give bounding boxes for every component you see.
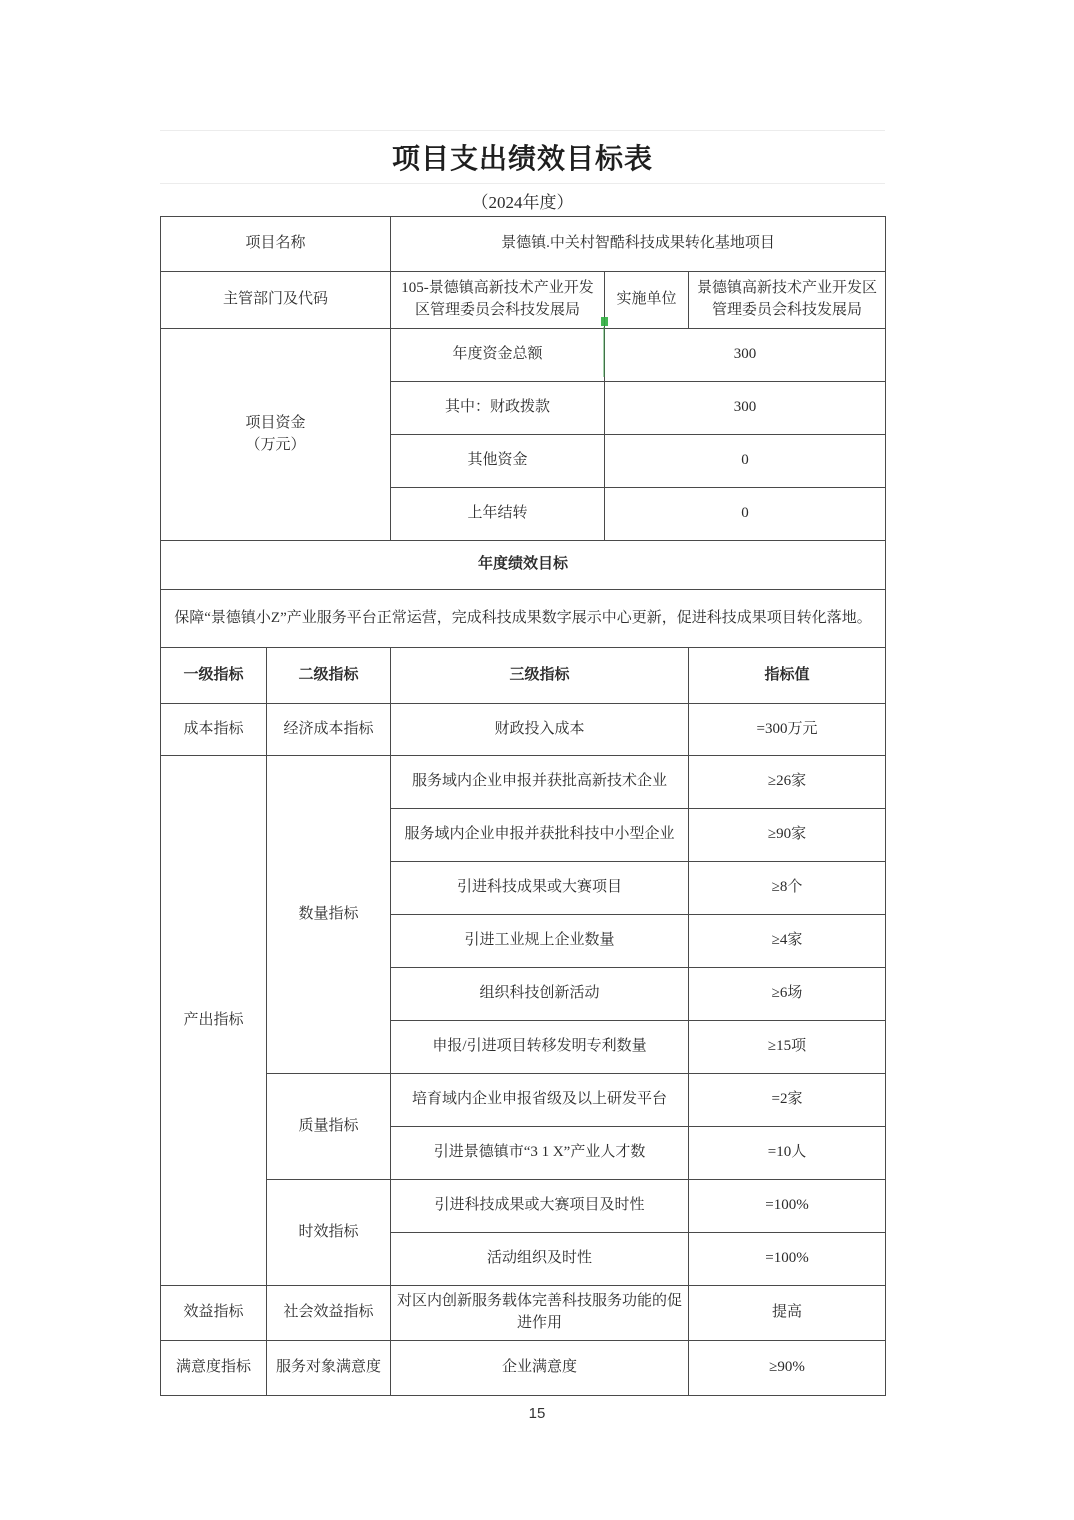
annual-goal-header: 年度绩效目标: [161, 541, 886, 590]
satisfaction-l2: 服务对象满意度: [267, 1341, 391, 1396]
funds-label: 项目资金 （万元）: [161, 329, 391, 541]
indicator-row-satisfaction: 满意度指标 服务对象满意度 企业满意度 ≥90%: [161, 1341, 886, 1396]
subtitle-block: （2024年度）: [160, 184, 885, 216]
indicator-row-cost: 成本指标 经济成本指标 财政投入成本 =300万元: [161, 704, 886, 756]
indicator-l3: 服务域内企业申报并获批高新技术企业: [391, 756, 689, 809]
indicator-row: 产出指标 数量指标 服务域内企业申报并获批高新技术企业 ≥26家: [161, 756, 886, 809]
funds-label-line1: 项目资金: [165, 413, 386, 435]
indicator-l3: 组织科技创新活动: [391, 968, 689, 1021]
indicator-l3: 培育域内企业申报省级及以上研发平台: [391, 1074, 689, 1127]
timeliness-l2: 时效指标: [267, 1180, 391, 1286]
indicator-value: ≥6场: [689, 968, 886, 1021]
dept-row: 主管部门及代码 105-景德镇高新技术产业开发区管理委员会科技发展局 实施单位 …: [161, 272, 886, 329]
indicator-value: ≥26家: [689, 756, 886, 809]
performance-target-table: 项目名称 景德镇.中关村智酷科技成果转化基地项目 主管部门及代码 105-景德镇…: [160, 216, 886, 1396]
document-page: 项目支出绩效目标表 （2024年度） 项目名称 景德镇.中关村智酷科技成果转化基…: [160, 130, 885, 1396]
benefit-l2: 社会效益指标: [267, 1286, 391, 1341]
quality-l2: 质量指标: [267, 1074, 391, 1180]
indicator-value: ≥90家: [689, 809, 886, 862]
fund-name: 其他资金: [391, 435, 605, 488]
project-name-value: 景德镇.中关村智酷科技成果转化基地项目: [391, 217, 886, 272]
indicator-l3: 引进工业规上企业数量: [391, 915, 689, 968]
cost-l1: 成本指标: [161, 704, 267, 756]
indicator-l3: 引进景德镇市“3 1 X”产业人才数: [391, 1127, 689, 1180]
indicator-l3: 服务域内企业申报并获批科技中小型企业: [391, 809, 689, 862]
indicator-header-l1: 一级指标: [161, 648, 267, 704]
cost-l2: 经济成本指标: [267, 704, 391, 756]
fund-value: 300: [605, 382, 886, 435]
benefit-value: 提高: [689, 1286, 886, 1341]
benefit-l1: 效益指标: [161, 1286, 267, 1341]
quantity-l2: 数量指标: [267, 756, 391, 1074]
indicator-row: 质量指标 培育域内企业申报省级及以上研发平台 =2家: [161, 1074, 886, 1127]
scan-artifact-speck: [601, 317, 608, 326]
fund-value: 0: [605, 435, 886, 488]
dept-code-label: 主管部门及代码: [161, 272, 391, 329]
fund-name: 上年结转: [391, 488, 605, 541]
fund-name: 年度资金总额: [391, 329, 605, 382]
impl-unit-label: 实施单位: [605, 272, 689, 329]
project-name-label: 项目名称: [161, 217, 391, 272]
indicator-header-l3: 三级指标: [391, 648, 689, 704]
page-subtitle: （2024年度）: [472, 188, 574, 213]
indicator-value: ≥8个: [689, 862, 886, 915]
project-name-row: 项目名称 景德镇.中关村智酷科技成果转化基地项目: [161, 217, 886, 272]
cost-l3: 财政投入成本: [391, 704, 689, 756]
output-l1: 产出指标: [161, 756, 267, 1286]
indicator-row: 时效指标 引进科技成果或大赛项目及时性 =100%: [161, 1180, 886, 1233]
impl-unit-value: 景德镇高新技术产业开发区管理委员会科技发展局: [689, 272, 886, 329]
page-title: 项目支出绩效目标表: [392, 137, 653, 177]
cost-value: =300万元: [689, 704, 886, 756]
indicator-value: =2家: [689, 1074, 886, 1127]
fund-value: 0: [605, 488, 886, 541]
title-block: 项目支出绩效目标表: [160, 130, 885, 184]
page-number: 15: [0, 1405, 1074, 1422]
indicator-l3: 活动组织及时性: [391, 1233, 689, 1286]
dept-code-value: 105-景德镇高新技术产业开发区管理委员会科技发展局: [391, 272, 605, 329]
satisfaction-l3: 企业满意度: [391, 1341, 689, 1396]
fund-value: 300: [605, 329, 886, 382]
indicator-value: =100%: [689, 1233, 886, 1286]
indicator-l3: 引进科技成果或大赛项目及时性: [391, 1180, 689, 1233]
indicator-value: =100%: [689, 1180, 886, 1233]
indicator-l3: 申报/引进项目转移发明专利数量: [391, 1021, 689, 1074]
satisfaction-l1: 满意度指标: [161, 1341, 267, 1396]
fund-name: 其中：财政拨款: [391, 382, 605, 435]
indicator-header-l2: 二级指标: [267, 648, 391, 704]
scan-artifact-line: [603, 327, 605, 377]
indicator-header-row: 一级指标 二级指标 三级指标 指标值: [161, 648, 886, 704]
annual-goal-text-row: 保障“景德镇小Z”产业服务平台正常运营，完成科技成果数字展示中心更新，促进科技成…: [161, 590, 886, 648]
annual-goal-text: 保障“景德镇小Z”产业服务平台正常运营，完成科技成果数字展示中心更新，促进科技成…: [161, 590, 886, 648]
benefit-l3: 对区内创新服务载体完善科技服务功能的促进作用: [391, 1286, 689, 1341]
indicator-value: ≥15项: [689, 1021, 886, 1074]
indicator-value: =10人: [689, 1127, 886, 1180]
funds-label-line2: （万元）: [165, 435, 386, 457]
indicator-value: ≥4家: [689, 915, 886, 968]
indicator-header-value: 指标值: [689, 648, 886, 704]
fund-row: 项目资金 （万元） 年度资金总额 300: [161, 329, 886, 382]
satisfaction-value: ≥90%: [689, 1341, 886, 1396]
indicator-row-benefit: 效益指标 社会效益指标 对区内创新服务载体完善科技服务功能的促进作用 提高: [161, 1286, 886, 1341]
annual-goal-header-row: 年度绩效目标: [161, 541, 886, 590]
indicator-l3: 引进科技成果或大赛项目: [391, 862, 689, 915]
